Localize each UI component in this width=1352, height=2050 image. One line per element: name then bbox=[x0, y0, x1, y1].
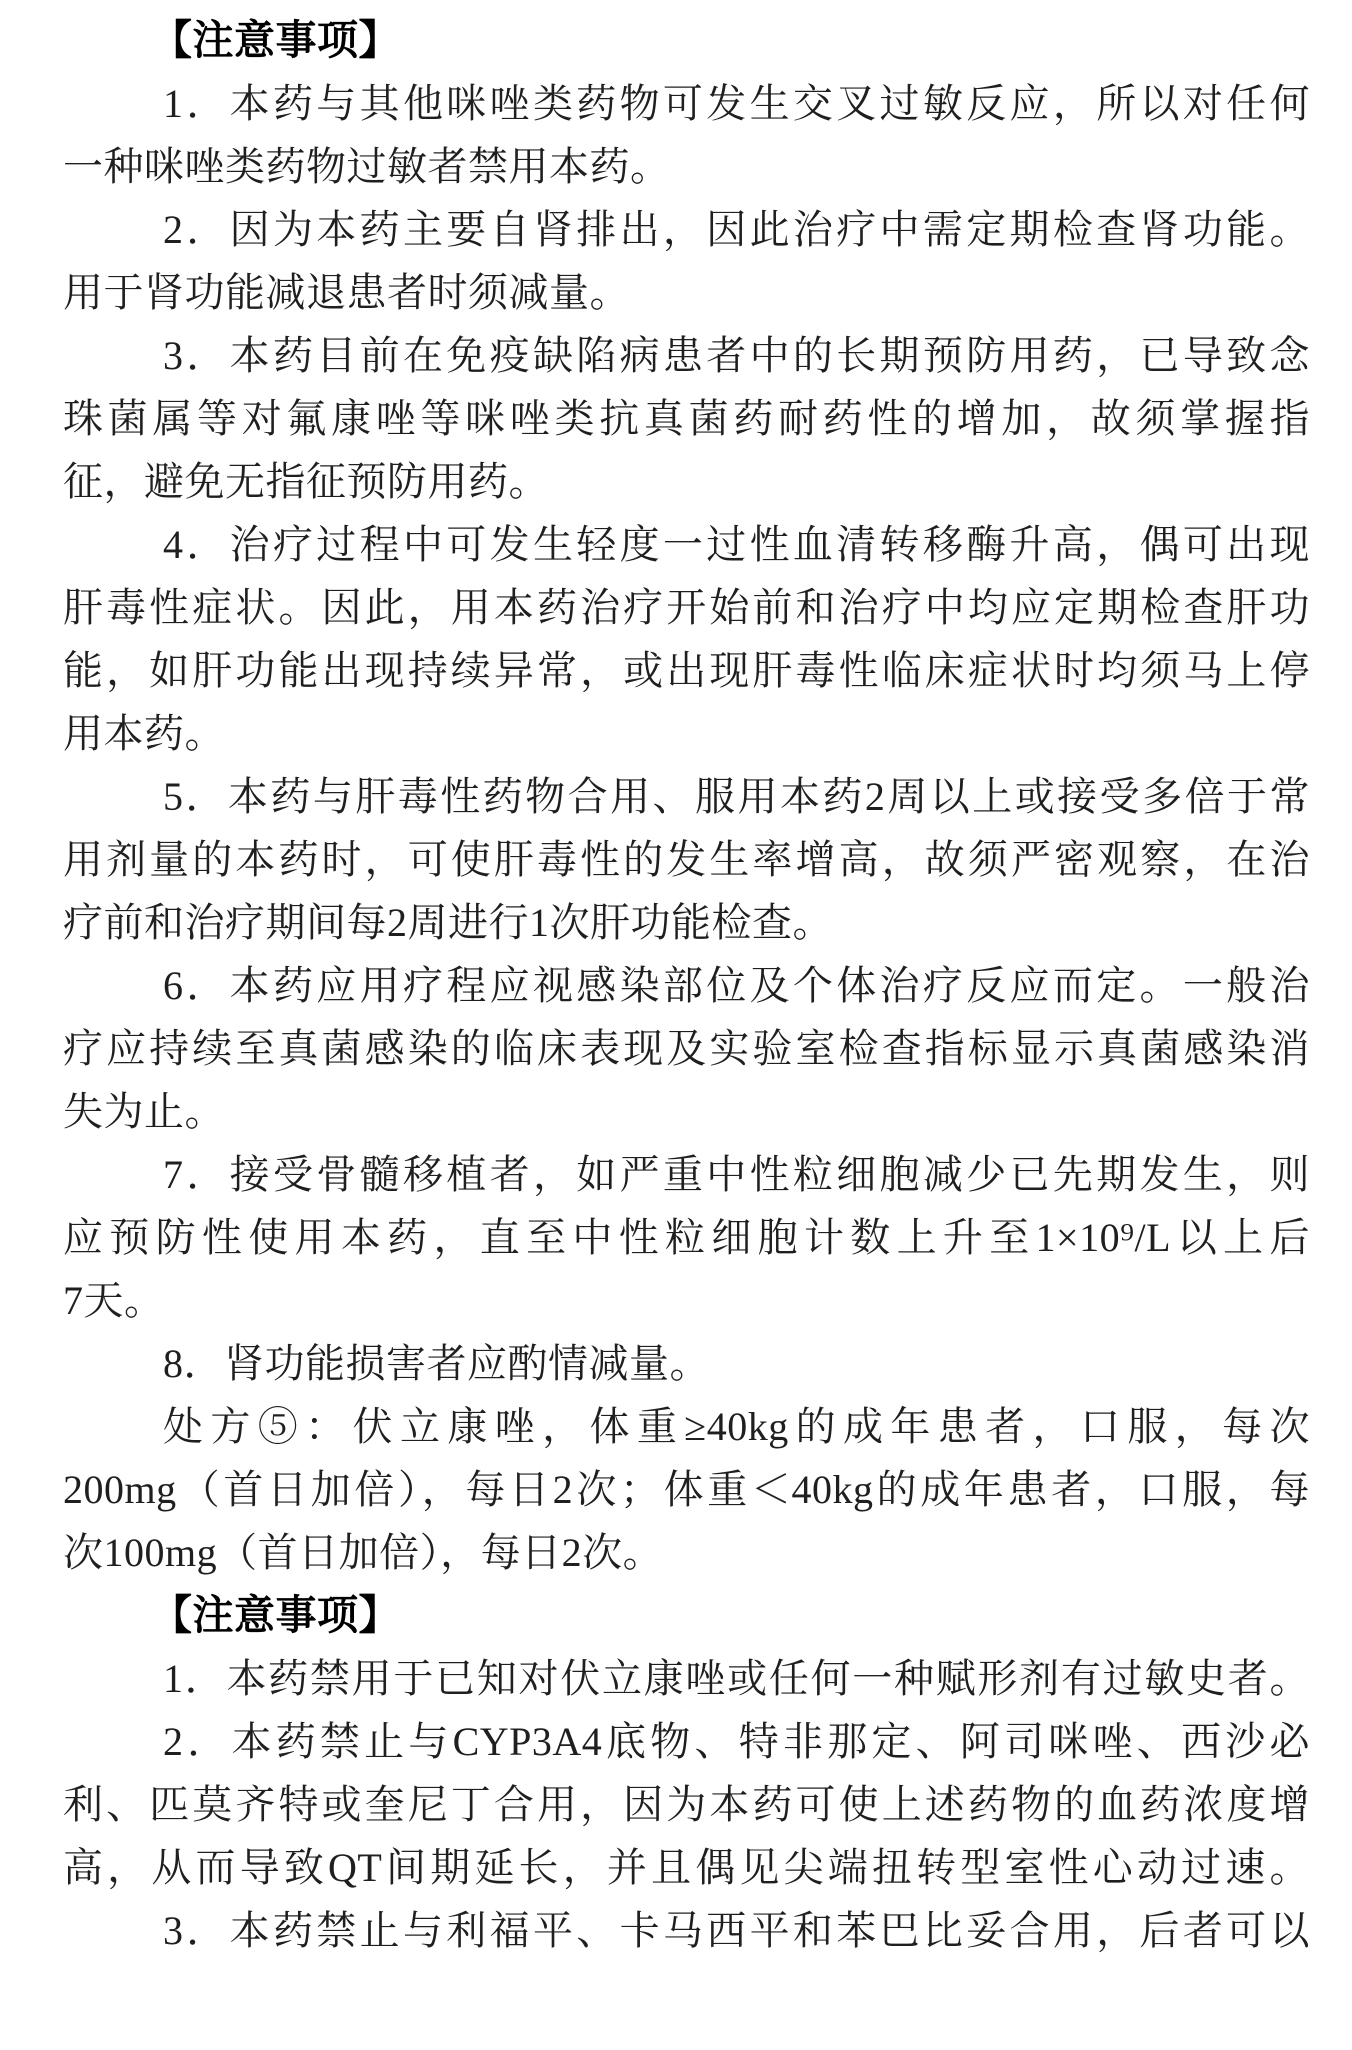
notice-line: 利、匹莫齐特或奎尼丁合用，因为本药可使上述药物的血药浓度增 bbox=[63, 1773, 1310, 1836]
notice-line: 征，避免无指征预防用药。 bbox=[63, 450, 1310, 513]
prescription-line: 200mg（首日加倍），每日2次；体重＜40kg的成年患者，口服，每 bbox=[63, 1458, 1310, 1521]
notice-line: 用剂量的本药时，可使肝毒性的发生率增高，故须严密观察，在治 bbox=[63, 828, 1310, 891]
notice-line: 1．本药禁用于已知对伏立康唑或任何一种赋形剂有过敏史者。 bbox=[63, 1647, 1310, 1710]
prescription-line: 处方⑤：伏立康唑，体重≥40kg的成年患者，口服，每次 bbox=[63, 1395, 1310, 1458]
notice-line: 高，从而导致QT间期延长，并且偶见尖端扭转型室性心动过速。 bbox=[63, 1836, 1310, 1899]
notice-line: 失为止。 bbox=[63, 1080, 1310, 1143]
notice-line: 4．治疗过程中可发生轻度一过性血清转移酶升高，偶可出现 bbox=[63, 513, 1310, 576]
notice-line: 应预防性使用本药，直至中性粒细胞计数上升至1×10⁹/L以上后 bbox=[63, 1206, 1310, 1269]
notice-line: 能，如肝功能出现持续异常，或出现肝毒性临床症状时均须马上停 bbox=[63, 639, 1310, 702]
notice-line: 珠菌属等对氟康唑等咪唑类抗真菌药耐药性的增加，故须掌握指 bbox=[63, 387, 1310, 450]
notice-line: 6．本药应用疗程应视感染部位及个体治疗反应而定。一般治 bbox=[63, 954, 1310, 1017]
notice-line: 2．因为本药主要自肾排出，因此治疗中需定期检查肾功能。 bbox=[63, 198, 1310, 261]
notice-line: 疗应持续至真菌感染的临床表现及实验室检查指标显示真菌感染消 bbox=[63, 1017, 1310, 1080]
notice-line: 5．本药与肝毒性药物合用、服用本药2周以上或接受多倍于常 bbox=[63, 765, 1310, 828]
notice-line: 3．本药禁止与利福平、卡马西平和苯巴比妥合用，后者可以 bbox=[63, 1899, 1310, 1962]
section-heading: 【注意事项】 bbox=[63, 9, 1310, 72]
notice-line: 2．本药禁止与CYP3A4底物、特非那定、阿司咪唑、西沙必 bbox=[63, 1710, 1310, 1773]
notice-line: 8．肾功能损害者应酌情减量。 bbox=[63, 1332, 1310, 1395]
notice-line: 疗前和治疗期间每2周进行1次肝功能检查。 bbox=[63, 891, 1310, 954]
notice-line: 一种咪唑类药物过敏者禁用本药。 bbox=[63, 135, 1310, 198]
notice-line: 1．本药与其他咪唑类药物可发生交叉过敏反应，所以对任何 bbox=[63, 72, 1310, 135]
prescription-line: 次100mg（首日加倍），每日2次。 bbox=[63, 1521, 1310, 1584]
notice-line: 7天。 bbox=[63, 1269, 1310, 1332]
notice-line: 7．接受骨髓移植者，如严重中性粒细胞减少已先期发生，则 bbox=[63, 1143, 1310, 1206]
notice-line: 3．本药目前在免疫缺陷病患者中的长期预防用药，已导致念 bbox=[63, 324, 1310, 387]
notice-line: 用于肾功能减退患者时须减量。 bbox=[63, 261, 1310, 324]
document-page: 【注意事项】 1．本药与其他咪唑类药物可发生交叉过敏反应，所以对任何 一种咪唑类… bbox=[0, 0, 1352, 2050]
section-heading: 【注意事项】 bbox=[63, 1584, 1310, 1647]
notice-line: 肝毒性症状。因此，用本药治疗开始前和治疗中均应定期检查肝功 bbox=[63, 576, 1310, 639]
notice-line: 用本药。 bbox=[63, 702, 1310, 765]
